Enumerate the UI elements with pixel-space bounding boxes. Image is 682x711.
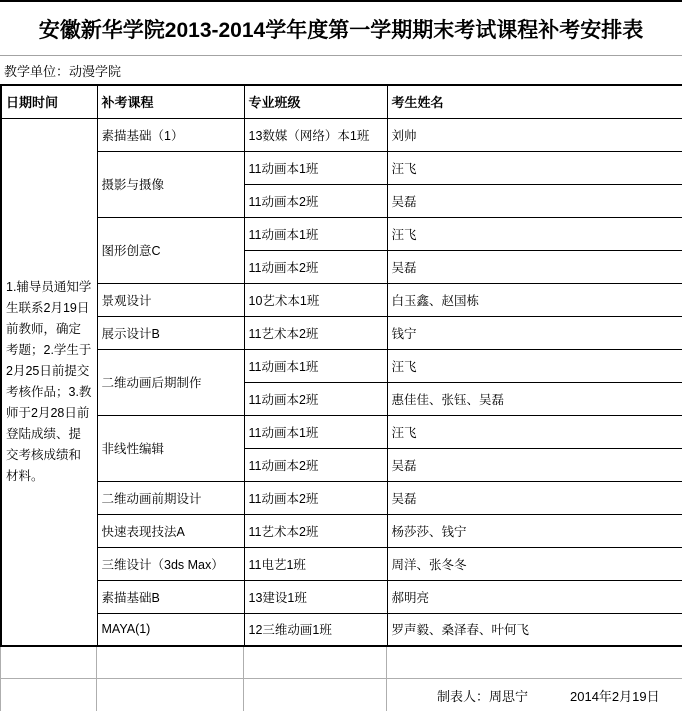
course-cell: 二维动画前期设计 [97, 481, 244, 514]
empty-grid-row [1, 647, 682, 678]
class-cell: 11动画本2班 [244, 481, 387, 514]
course-cell: 图形创意C [97, 217, 244, 283]
table-row: 素描基础B13建设1班郝明亮 [1, 580, 682, 613]
course-cell: 快速表现技法A [97, 514, 244, 547]
table-row: 快速表现技法A11艺术本2班杨莎莎、钱宁 [1, 514, 682, 547]
student-names-cell: 吴磊 [387, 250, 682, 283]
class-cell: 11电艺1班 [244, 547, 387, 580]
table-row: 摄影与摄像11动画本1班汪飞 [1, 151, 682, 184]
course-cell: 展示设计B [97, 316, 244, 349]
class-cell: 11动画本1班 [244, 415, 387, 448]
header-major-class: 专业班级 [244, 85, 387, 118]
header-row: 日期时间 补考课程 专业班级 考生姓名 [1, 85, 682, 118]
class-cell: 11动画本1班 [244, 349, 387, 382]
class-cell: 11动画本2班 [244, 448, 387, 481]
course-cell: 二维动画后期制作 [97, 349, 244, 415]
table-row: 二维动画后期制作11动画本1班汪飞 [1, 349, 682, 382]
table-row: 1.辅导员通知学生联系2月19日前教师，确定考题；2.学生于2月25日前提交考核… [1, 118, 682, 151]
student-names-cell: 汪飞 [387, 217, 682, 250]
exam-schedule-table: 日期时间 补考课程 专业班级 考生姓名 1.辅导员通知学生联系2月19日前教师，… [0, 84, 682, 647]
student-names-cell: 钱宁 [387, 316, 682, 349]
student-names-cell: 郝明亮 [387, 580, 682, 613]
class-cell: 13数媒（网络）本1班 [244, 118, 387, 151]
bottom-grid: 制表人：周思宁 2014年2月19日 [0, 647, 682, 711]
student-names-cell: 吴磊 [387, 448, 682, 481]
footer-row: 制表人：周思宁 2014年2月19日 [1, 678, 682, 711]
student-names-cell: 刘帅 [387, 118, 682, 151]
table-row: MAYA(1)12三维动画1班罗声毅、桑泽春、叶何飞 [1, 613, 682, 646]
student-names-cell: 杨莎莎、钱宁 [387, 514, 682, 547]
table-row: 展示设计B11艺术本2班钱宁 [1, 316, 682, 349]
course-cell: 素描基础B [97, 580, 244, 613]
course-cell: 摄影与摄像 [97, 151, 244, 217]
prepared-by-label: 制表人：周思宁 [437, 686, 528, 705]
table-row: 非线性编辑11动画本1班汪飞 [1, 415, 682, 448]
student-names-cell: 白玉鑫、赵国栋 [387, 283, 682, 316]
teaching-unit-row: 教学单位：动漫学院 [0, 55, 682, 84]
class-cell: 11艺术本2班 [244, 514, 387, 547]
table-row: 三维设计（3ds Max）11电艺1班周洋、张冬冬 [1, 547, 682, 580]
class-cell: 11动画本2班 [244, 250, 387, 283]
table-row: 图形创意C11动画本1班汪飞 [1, 217, 682, 250]
class-cell: 11动画本2班 [244, 184, 387, 217]
table-row: 二维动画前期设计11动画本2班吴磊 [1, 481, 682, 514]
empty-cell [97, 647, 244, 678]
course-cell: MAYA(1) [97, 613, 244, 646]
student-names-cell: 罗声毅、桑泽春、叶何飞 [387, 613, 682, 646]
page-title: 安徽新华学院2013-2014学年度第一学期期末考试课程补考安排表 [39, 14, 643, 44]
student-names-cell: 汪飞 [387, 415, 682, 448]
student-names-cell: 吴磊 [387, 184, 682, 217]
class-cell: 10艺术本1班 [244, 283, 387, 316]
course-cell: 非线性编辑 [97, 415, 244, 481]
empty-cell [244, 678, 387, 711]
table-row: 景观设计10艺术本1班白玉鑫、赵国栋 [1, 283, 682, 316]
empty-cell [1, 678, 97, 711]
title-block: 安徽新华学院2013-2014学年度第一学期期末考试课程补考安排表 [0, 0, 682, 55]
exam-table-body: 1.辅导员通知学生联系2月19日前教师，确定考题；2.学生于2月25日前提交考核… [1, 118, 682, 646]
class-cell: 13建设1班 [244, 580, 387, 613]
teaching-unit-label: 教学单位：动漫学院 [4, 61, 121, 80]
course-cell: 三维设计（3ds Max） [97, 547, 244, 580]
empty-cell [387, 647, 682, 678]
empty-cell [244, 647, 387, 678]
student-names-cell: 汪飞 [387, 151, 682, 184]
student-names-cell: 周洋、张冬冬 [387, 547, 682, 580]
document-sheet: 安徽新华学院2013-2014学年度第一学期期末考试课程补考安排表 教学单位：动… [0, 0, 682, 711]
student-names-cell: 汪飞 [387, 349, 682, 382]
class-cell: 11艺术本2班 [244, 316, 387, 349]
class-cell: 11动画本2班 [244, 382, 387, 415]
header-date-time: 日期时间 [1, 85, 97, 118]
date-time-note-cell: 1.辅导员通知学生联系2月19日前教师，确定考题；2.学生于2月25日前提交考核… [1, 118, 97, 646]
empty-cell [1, 647, 97, 678]
class-cell: 11动画本1班 [244, 217, 387, 250]
prepared-date: 2014年2月19日 [570, 686, 660, 705]
student-names-cell: 吴磊 [387, 481, 682, 514]
class-cell: 11动画本1班 [244, 151, 387, 184]
footer-cell: 制表人：周思宁 2014年2月19日 [387, 678, 682, 711]
header-student-name: 考生姓名 [387, 85, 682, 118]
empty-cell [97, 678, 244, 711]
student-names-cell: 惠佳佳、张钰、吴磊 [387, 382, 682, 415]
class-cell: 12三维动画1班 [244, 613, 387, 646]
course-cell: 景观设计 [97, 283, 244, 316]
header-makeup-course: 补考课程 [97, 85, 244, 118]
course-cell: 素描基础（1） [97, 118, 244, 151]
